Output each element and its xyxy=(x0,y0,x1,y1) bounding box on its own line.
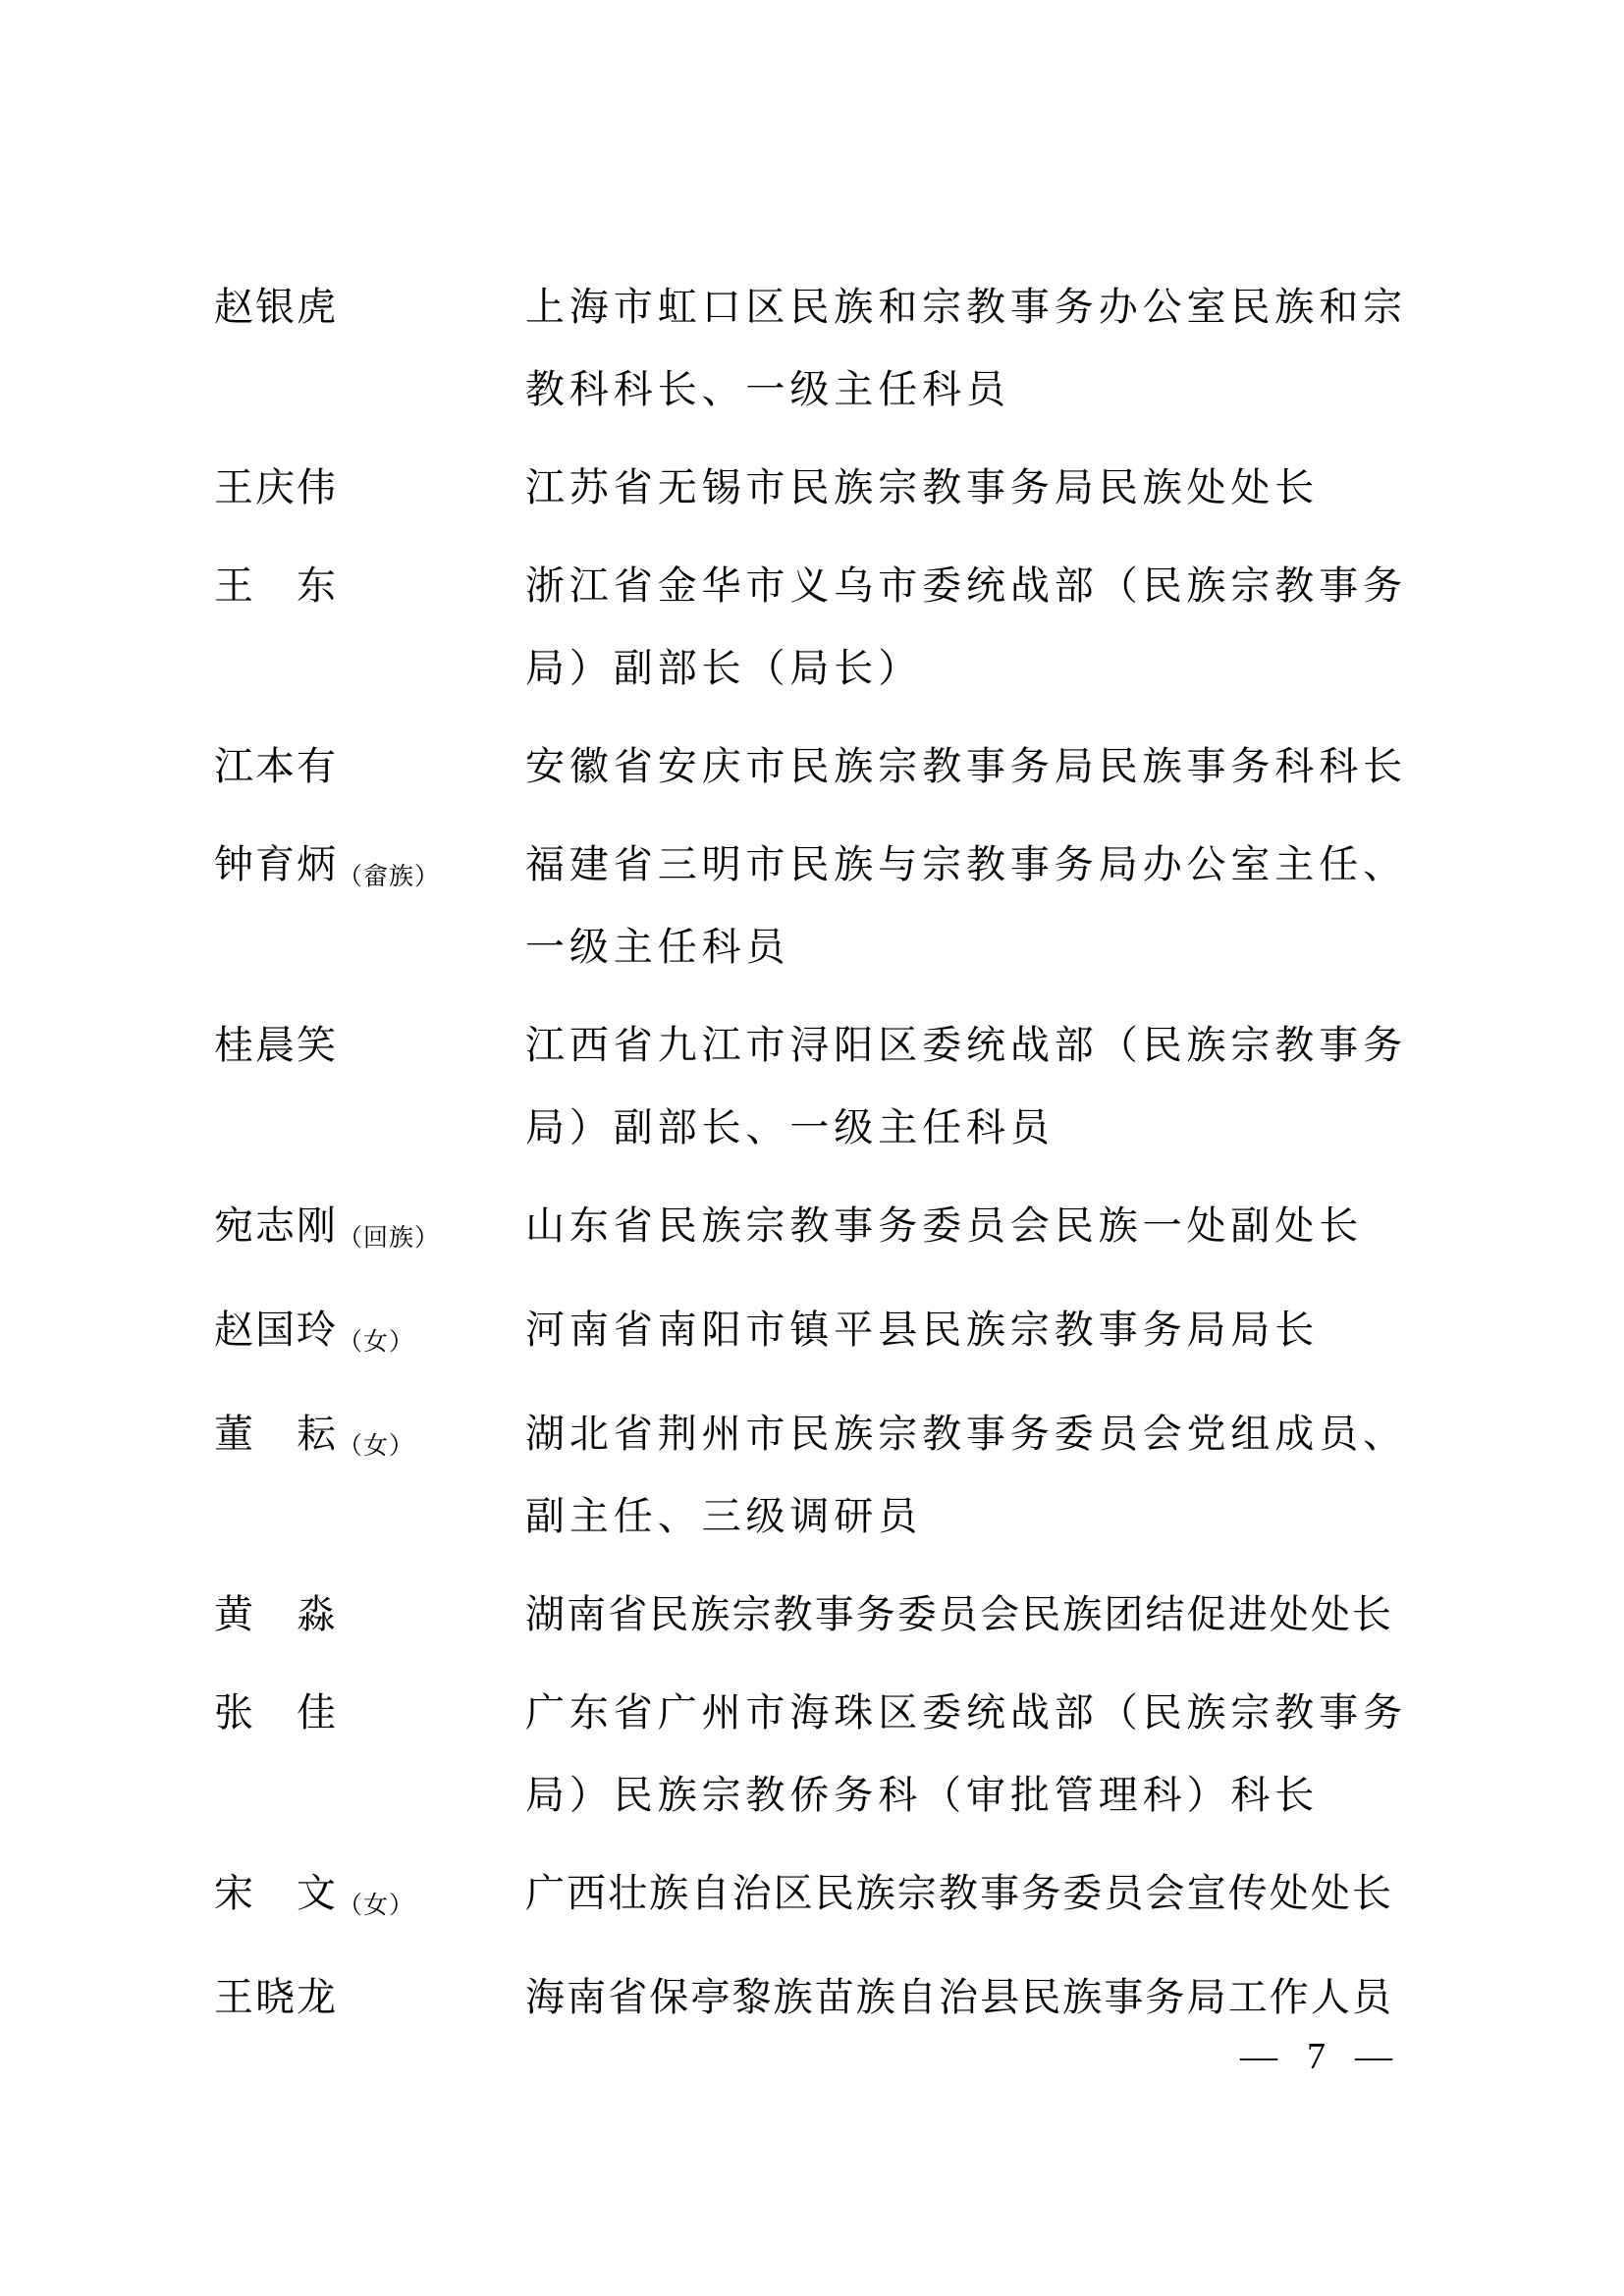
person-name: 赵国玲 xyxy=(214,1308,338,1352)
person-name: 黄 淼 xyxy=(214,1592,338,1636)
title-line: 海南省保亭黎族苗族自治县民族事务局工作人员 xyxy=(525,1956,1407,2039)
person-title: 江西省九江市浔阳区委统战部（民族宗教事务 局）副部长、一级主任科员 xyxy=(525,1004,1407,1169)
page-number-dash-right: — xyxy=(1355,2034,1392,2079)
title-line: 山东省民族宗教事务委员会民族一处副处长 xyxy=(525,1185,1407,1267)
title-line: 教科科长、一级主任科员 xyxy=(525,348,1407,431)
person-ethnic-note: （畲族） xyxy=(338,864,440,890)
person-name: 董 耘 xyxy=(214,1412,338,1456)
person-name: 钟育炳 xyxy=(214,842,338,886)
person-name: 桂晨笑 xyxy=(214,1023,338,1067)
title-line: 局）民族宗教侨务科（审批管理科）科长 xyxy=(525,1754,1407,1837)
title-line: 局）副部长（局长） xyxy=(525,627,1407,710)
person-name: 宋 文 xyxy=(214,1871,338,1915)
person-title: 浙江省金华市义乌市委统战部（民族宗教事务 局）副部长（局长） xyxy=(525,545,1407,710)
title-line: 一级主任科员 xyxy=(525,906,1407,988)
person-title: 上海市虹口区民族和宗教事务办公室民族和宗 教科科长、一级主任科员 xyxy=(525,266,1407,431)
person-name: 张 佳 xyxy=(214,1690,338,1735)
list-item: 赵国玲（女） 河南省南阳市镇平县民族宗教事务局局长 xyxy=(214,1289,1407,1377)
title-line: 江西省九江市浔阳区委统战部（民族宗教事务 xyxy=(525,1004,1407,1087)
list-item: 宋 文（女） 广西壮族自治区民族宗教事务委员会宣传处处长 xyxy=(214,1852,1407,1941)
list-item: 宛志刚（回族） 山东省民族宗教事务委员会民族一处副处长 xyxy=(214,1185,1407,1273)
person-title: 山东省民族宗教事务委员会民族一处副处长 xyxy=(525,1185,1407,1267)
person-name: 赵银虎 xyxy=(214,285,338,329)
document-page: 赵银虎 上海市虹口区民族和宗教事务办公室民族和宗 教科科长、一级主任科员 王庆伟… xyxy=(0,0,1624,2296)
page-number-dash-left: — xyxy=(1240,2034,1277,2079)
person-title: 湖南省民族宗教事务委员会民族团结促进处处长 xyxy=(525,1574,1407,1656)
list-item: 赵银虎 上海市虹口区民族和宗教事务办公室民族和宗 教科科长、一级主任科员 xyxy=(214,266,1407,431)
person-name: 王 东 xyxy=(214,563,338,608)
title-line: 广西壮族自治区民族宗教事务委员会宣传处处长 xyxy=(525,1852,1407,1935)
title-line: 浙江省金华市义乌市委统战部（民族宗教事务 xyxy=(525,545,1407,627)
title-line: 安徽省安庆市民族宗教事务局民族事务科科长 xyxy=(525,725,1407,808)
person-title: 广西壮族自治区民族宗教事务委员会宣传处处长 xyxy=(525,1852,1407,1935)
title-line: 局）副部长、一级主任科员 xyxy=(525,1087,1407,1169)
person-name: 王晓龙 xyxy=(214,1975,338,2019)
list-item: 桂晨笑 江西省九江市浔阳区委统战部（民族宗教事务 局）副部长、一级主任科员 xyxy=(214,1004,1407,1169)
list-item: 钟育炳（畲族） 福建省三明市民族与宗教事务局办公室主任、 一级主任科员 xyxy=(214,824,1407,988)
list-item: 江本有 安徽省安庆市民族宗教事务局民族事务科科长 xyxy=(214,725,1407,808)
title-line: 福建省三明市民族与宗教事务局办公室主任、 xyxy=(525,824,1407,906)
list-item: 王 东 浙江省金华市义乌市委统战部（民族宗教事务 局）副部长（局长） xyxy=(214,545,1407,710)
person-gender-note: （女） xyxy=(338,1433,414,1460)
person-name: 宛志刚 xyxy=(214,1203,338,1248)
page-number: — 7 — xyxy=(1240,2034,1392,2079)
person-ethnic-note: （回族） xyxy=(338,1225,440,1252)
person-gender-note: （女） xyxy=(338,1893,414,1919)
list-item: 董 耘（女） 湖北省荆州市民族宗教事务委员会党组成员、 副主任、三级调研员 xyxy=(214,1393,1407,1558)
title-line: 湖南省民族宗教事务委员会民族团结促进处处长 xyxy=(525,1574,1407,1656)
list-item: 王晓龙 海南省保亭黎族苗族自治县民族事务局工作人员 xyxy=(214,1956,1407,2039)
title-line: 江苏省无锡市民族宗教事务局民族处处长 xyxy=(525,447,1407,529)
title-line: 河南省南阳市镇平县民族宗教事务局局长 xyxy=(525,1289,1407,1371)
person-title: 海南省保亭黎族苗族自治县民族事务局工作人员 xyxy=(525,1956,1407,2039)
person-name: 江本有 xyxy=(214,744,338,788)
page-number-value: 7 xyxy=(1307,2034,1326,2079)
person-title: 安徽省安庆市民族宗教事务局民族事务科科长 xyxy=(525,725,1407,808)
person-gender-note: （女） xyxy=(338,1329,414,1356)
person-title: 江苏省无锡市民族宗教事务局民族处处长 xyxy=(525,447,1407,529)
person-title: 湖北省荆州市民族宗教事务委员会党组成员、 副主任、三级调研员 xyxy=(525,1393,1407,1558)
list-item: 黄 淼 湖南省民族宗教事务委员会民族团结促进处处长 xyxy=(214,1574,1407,1656)
person-title: 广东省广州市海珠区委统战部（民族宗教事务 局）民族宗教侨务科（审批管理科）科长 xyxy=(525,1672,1407,1837)
title-line: 副主任、三级调研员 xyxy=(525,1475,1407,1558)
person-title: 福建省三明市民族与宗教事务局办公室主任、 一级主任科员 xyxy=(525,824,1407,988)
person-title: 河南省南阳市镇平县民族宗教事务局局长 xyxy=(525,1289,1407,1371)
title-line: 上海市虹口区民族和宗教事务办公室民族和宗 xyxy=(525,266,1407,348)
title-line: 湖北省荆州市民族宗教事务委员会党组成员、 xyxy=(525,1393,1407,1475)
list-item: 王庆伟 江苏省无锡市民族宗教事务局民族处处长 xyxy=(214,447,1407,529)
person-name: 王庆伟 xyxy=(214,465,338,509)
commendation-roster: 赵银虎 上海市虹口区民族和宗教事务办公室民族和宗 教科科长、一级主任科员 王庆伟… xyxy=(214,266,1407,2039)
title-line: 广东省广州市海珠区委统战部（民族宗教事务 xyxy=(525,1672,1407,1754)
list-item: 张 佳 广东省广州市海珠区委统战部（民族宗教事务 局）民族宗教侨务科（审批管理科… xyxy=(214,1672,1407,1837)
